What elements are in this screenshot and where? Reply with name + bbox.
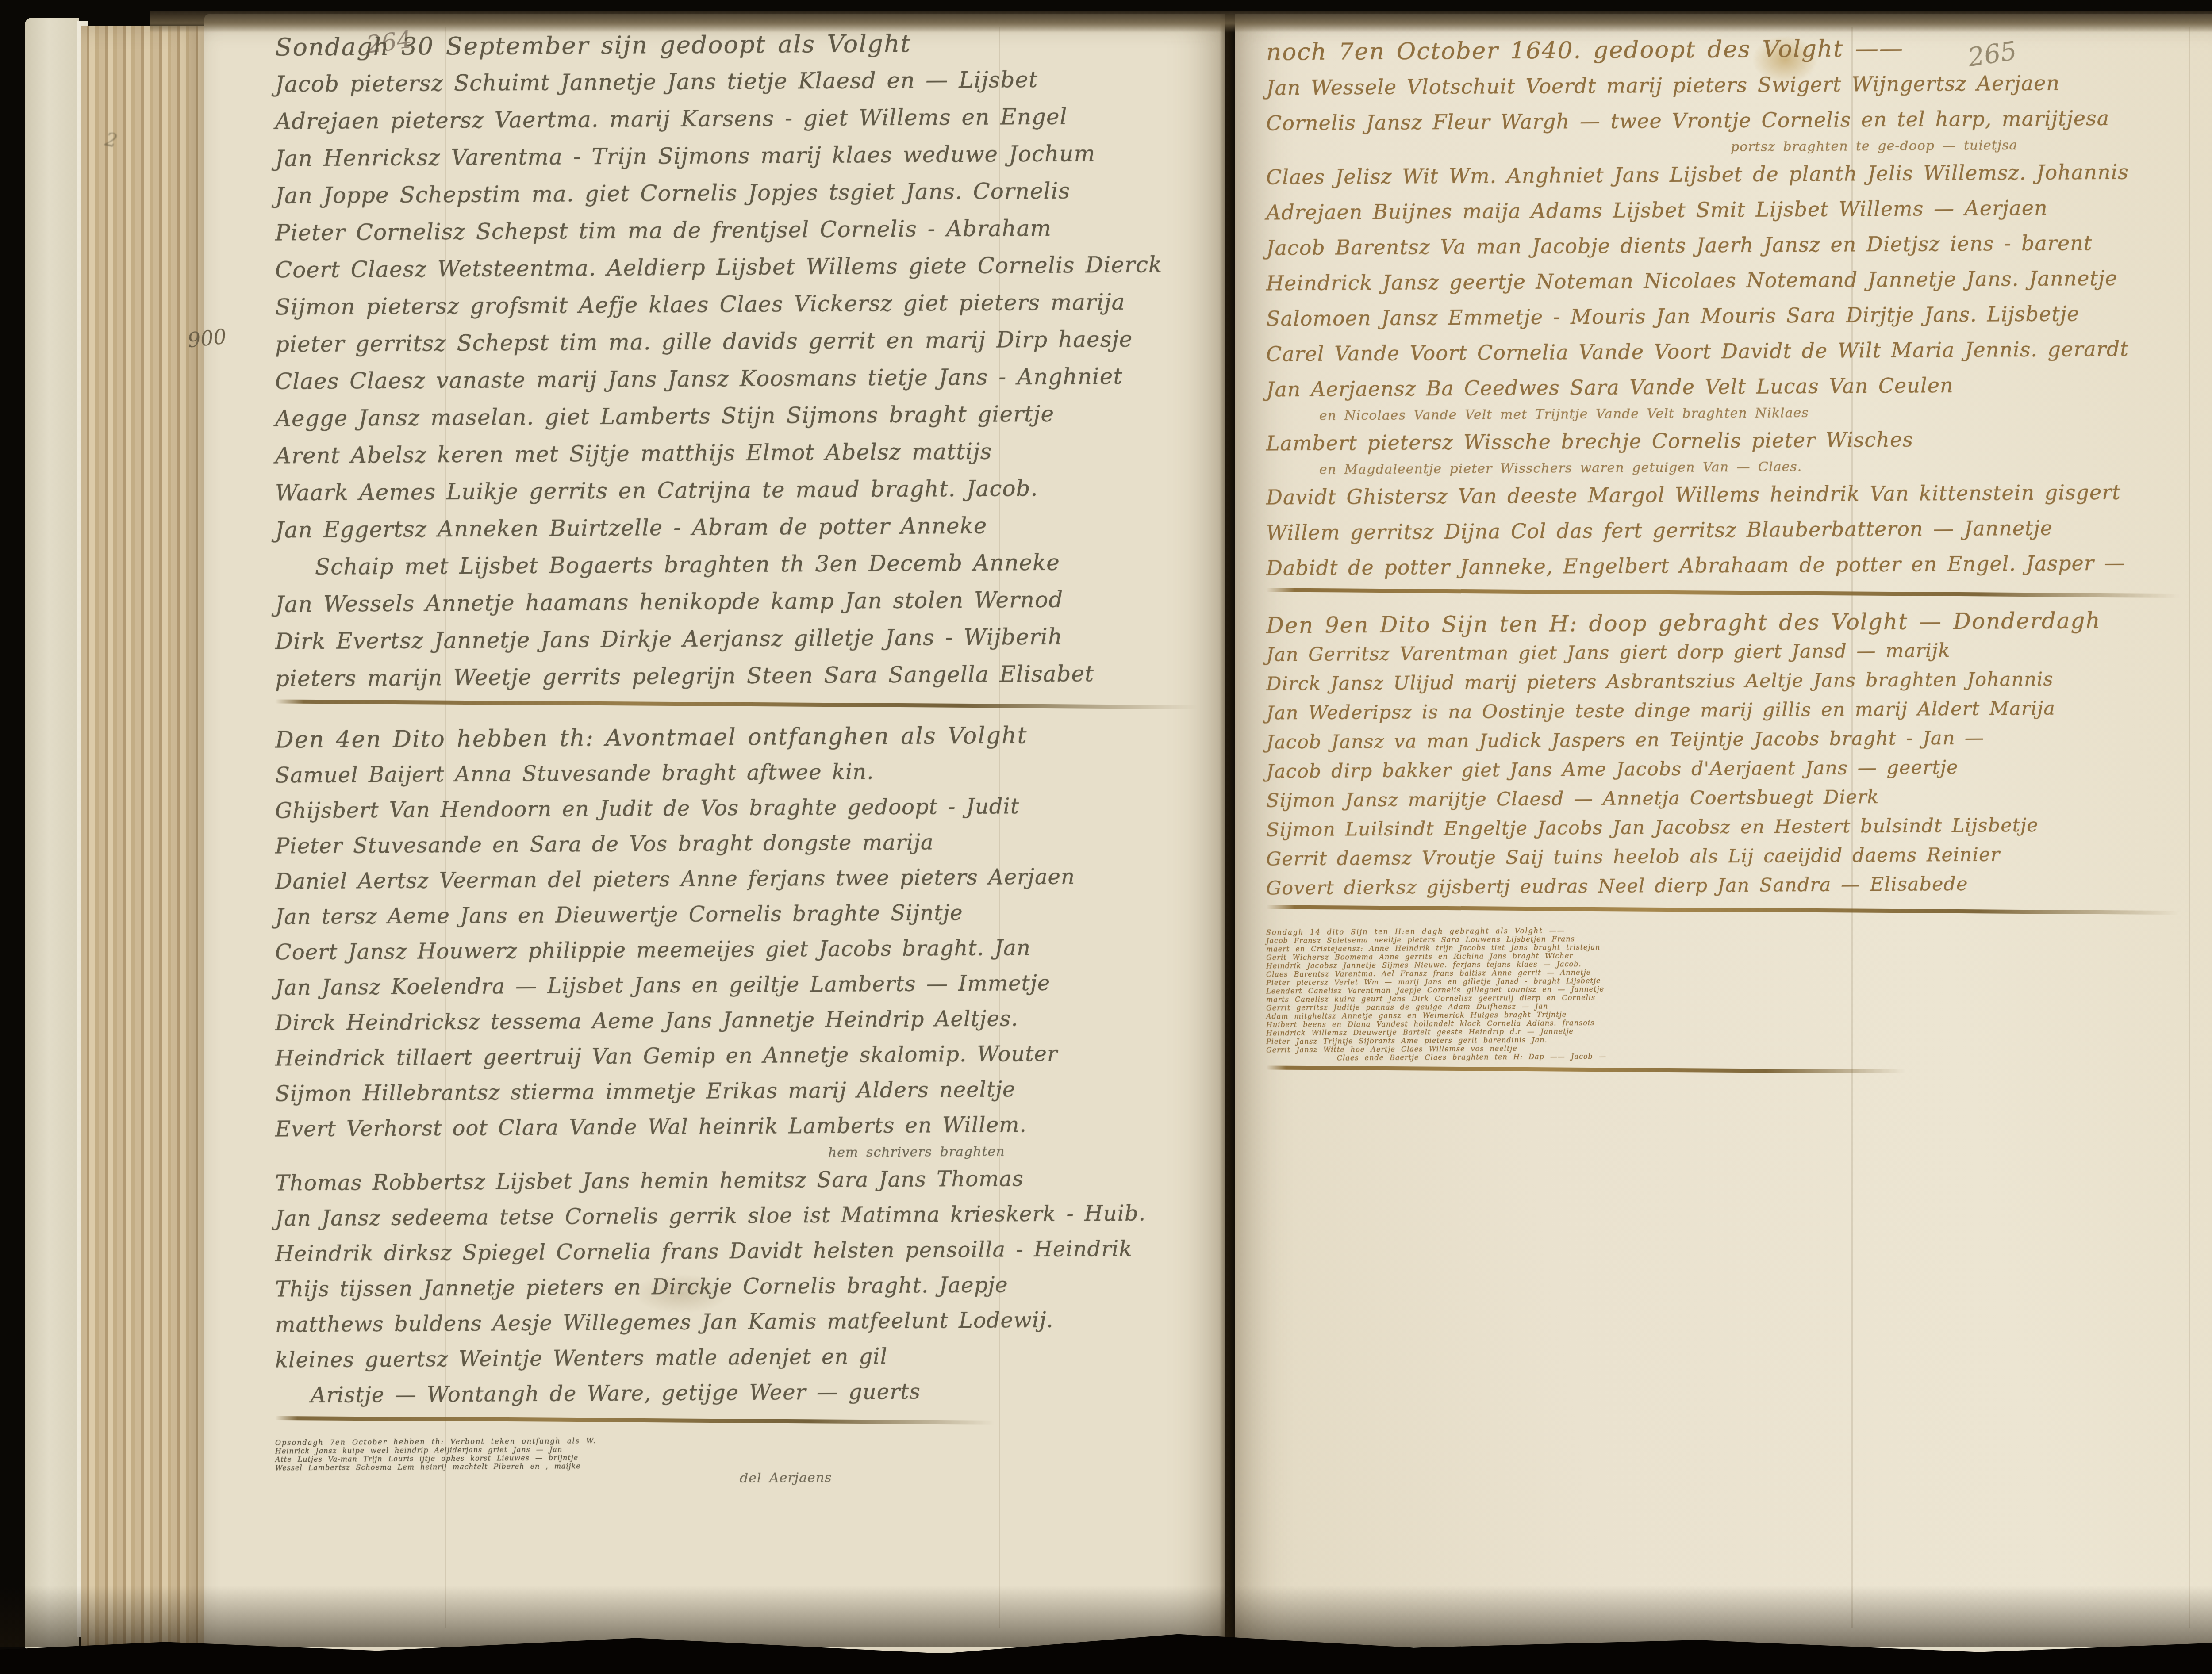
manuscript-line: Sijmon Hillebrantsz stierma immetje Erik… <box>275 1070 1226 1111</box>
margin-note-900: 900 <box>186 325 227 352</box>
manuscript-line: Aristje — Wontangh de Ware, getijge Weer… <box>275 1372 1226 1413</box>
section-divider-rule <box>1266 1065 1932 1073</box>
manuscript-line: Jacob Barentsz Va man Jacobje dients Jae… <box>1266 224 2212 265</box>
manuscript-line: Pieter Cornelisz Schepst tim ma de frent… <box>275 208 1226 251</box>
manuscript-line: Thomas Robbertsz Lijsbet Jans hemin hemi… <box>275 1160 1226 1201</box>
manuscript-line: Cornelis Jansz Fleur Wargh — twee Vrontj… <box>1266 100 2212 141</box>
left-page-text: Sondagh 30 September sijn gedoopt als Vo… <box>275 26 1226 1488</box>
register-section: Opsondagh 7en October hebben th: Verbont… <box>275 1436 1226 1488</box>
manuscript-line: Claes Claesz vanaste marij Jans Jansz Ko… <box>275 357 1226 400</box>
manuscript-line: Aegge Jansz maselan. giet Lamberts Stijn… <box>275 394 1226 437</box>
manuscript-line: Carel Vande Voort Cornelia Vande Voort D… <box>1266 330 2212 372</box>
manuscript-line: Ghijsbert Van Hendoorn en Judit de Vos b… <box>275 787 1226 828</box>
manuscript-line: Jan tersz Aeme Jans en Dieuwertje Cornel… <box>275 893 1226 935</box>
register-section: Den 9en Dito Sijn ten H: doop gebraght d… <box>1266 608 2212 900</box>
manuscript-line: Evert Verhorst oot Clara Vande Wal heinr… <box>275 1106 1226 1147</box>
manuscript-line: Jan Wessels Annetje haamans henikopde ka… <box>275 580 1226 623</box>
manuscript-line: Daniel Aertsz Veerman del pieters Anne f… <box>275 858 1226 899</box>
section-divider-rule <box>1266 588 2212 598</box>
manuscript-line: Sijmon pietersz grofsmit Aefje klaes Cla… <box>275 283 1226 326</box>
entry-date-heading: Sondagh 30 September sijn gedoopt als Vo… <box>275 23 1226 65</box>
manuscript-line: matthews buldens Aesje Willegemes Jan Ka… <box>275 1301 1226 1342</box>
manuscript-line: pieter gerritsz Schepst tim ma. gille da… <box>275 320 1226 363</box>
manuscript-line: Govert dierksz gijsbertj eudras Neel die… <box>1266 868 2212 903</box>
book-scan: 264 265 900 2 Sondagh 30 September sijn … <box>0 0 2212 1674</box>
right-page-text: noch 7en October 1640. gedoopt des Volgh… <box>1266 32 2212 1085</box>
book-cover-edge-left <box>25 18 79 1650</box>
entry-date-heading: noch 7en October 1640. gedoopt des Volgh… <box>1266 29 2212 70</box>
manuscript-line: Dabidt de potter Janneke, Engelbert Abra… <box>1266 544 2212 586</box>
manuscript-line: Pieter Stuvesande en Sara de Vos braght … <box>275 823 1226 864</box>
manuscript-line: Coert Claesz Wetsteentma. Aeldierp Lijsb… <box>275 245 1226 288</box>
manuscript-line: kleines guertsz Weintje Wenters matle ad… <box>275 1337 1226 1378</box>
section-divider-rule <box>1266 905 2212 915</box>
manuscript-line: Heindrick tillaert geertruij Van Gemip e… <box>275 1035 1226 1076</box>
manuscript-line: Adrejaen pietersz Vaertma. marij Karsens… <box>275 97 1226 140</box>
manuscript-line: Lambert pietersz Wissche brechje Corneli… <box>1266 420 2212 461</box>
section-divider-rule <box>275 699 1226 709</box>
manuscript-line: Samuel Baijert Anna Stuvesande braght af… <box>275 752 1226 793</box>
manuscript-line: Salomoen Jansz Emmetje - Mouris Jan Mour… <box>1266 295 2212 336</box>
manuscript-line: Jan Wessele Vlotschuit Voerdt marij piet… <box>1266 64 2212 105</box>
manuscript-line: Jan Jansz Koelendra — Lijsbet Jans en ge… <box>275 964 1226 1005</box>
manuscript-line: Arent Abelsz keren met Sijtje matthijs E… <box>275 431 1226 474</box>
manuscript-line: Waark Aemes Luikje gerrits en Catrijna t… <box>275 468 1226 511</box>
manuscript-line: Adrejaen Buijnes maija Adams Lijsbet Smi… <box>1266 189 2212 230</box>
register-section: Den 4en Dito hebben th: Avontmael ontfan… <box>275 720 1226 1410</box>
manuscript-line: Jan Eggertsz Anneken Buirtzelle - Abram … <box>275 506 1226 548</box>
manuscript-line: Thijs tijssen Jannetje pieters en Dirckj… <box>275 1266 1226 1307</box>
manuscript-line: Davidt Ghistersz Van deeste Margol Wille… <box>1266 474 2212 515</box>
manuscript-line: Jacob pietersz Schuimt Jannetje Jans tie… <box>275 60 1226 103</box>
manuscript-line: Jan Aerjaensz Ba Ceedwes Sara Vande Velt… <box>1266 366 2212 407</box>
manuscript-line: Jan Jansz sedeema tetse Cornelis gerrik … <box>275 1195 1226 1236</box>
section-divider-rule <box>275 1416 1017 1425</box>
page-edges-left <box>81 26 208 1650</box>
manuscript-line: Claes Jelisz Wit Wm. Anghniet Jans Lijsb… <box>1266 153 2212 195</box>
entry-date-heading: Den 4en Dito hebben th: Avontmael ontfan… <box>275 716 1226 758</box>
manuscript-line: Schaip met Lijsbet Bogaerts braghten th … <box>275 543 1226 586</box>
register-section: noch 7en October 1640. gedoopt des Volgh… <box>1266 32 2212 583</box>
register-section: Sondagh 14 dito Sijn ten H:en dagh gebra… <box>1266 925 2212 1060</box>
manuscript-line: Dirck Heindricksz tessema Aeme Jans Jann… <box>275 1000 1226 1041</box>
register-section: Sondagh 30 September sijn gedoopt als Vo… <box>275 26 1226 694</box>
manuscript-line: Heindrick Jansz geertje Noteman Nicolaes… <box>1266 260 2212 301</box>
manuscript-line: Willem gerritsz Dijna Col das fert gerri… <box>1266 509 2212 550</box>
manuscript-line: Coert Jansz Houwerz philippie meemeijes … <box>275 929 1226 970</box>
bottom-shadow <box>0 1586 2212 1647</box>
manuscript-line: Jan Joppe Schepstim ma. giet Cornelis Jo… <box>275 171 1226 214</box>
manuscript-line: pieters marijn Weetje gerrits pelegrijn … <box>275 654 1226 697</box>
manuscript-line: Heindrik dirksz Spiegel Cornelia frans D… <box>275 1230 1226 1272</box>
manuscript-line: Dirk Evertsz Jannetje Jans Dirkje Aerjan… <box>275 617 1226 660</box>
manuscript-line: Jan Henricksz Varentma - Trijn Sijmons m… <box>275 134 1226 177</box>
